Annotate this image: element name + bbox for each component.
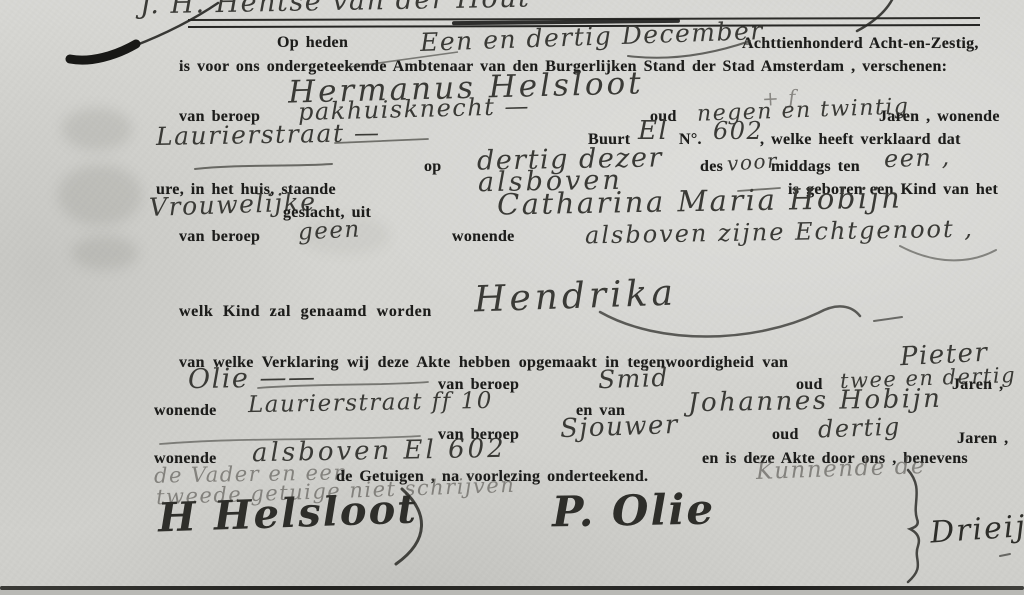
printed-op: op	[424, 158, 442, 176]
printed-jaren-2: Jaren ,	[957, 430, 1008, 448]
printed-wonende-1: wonende	[452, 228, 515, 246]
hand-birth-hour: een ,	[884, 143, 952, 173]
printed-no-label: N°.	[679, 131, 702, 149]
printed-jaren-wonende: Jaren , wonende	[879, 108, 1000, 126]
birth-act-scan: J. H. Hentse van der Hout Op heden Een e…	[0, 0, 1024, 595]
signature-official: Drieijen .	[929, 504, 1024, 550]
hand-witness2-beroep: Sjouwer	[560, 410, 680, 444]
hand-buurt-code: El	[638, 116, 668, 146]
printed-year: Achttienhonderd Acht-en-Zestig,	[742, 35, 979, 53]
signature-witness-olie: P. Olie	[552, 485, 716, 537]
hand-kunnende: Kunnende de	[756, 453, 927, 485]
hand-mother-beroep: geen	[297, 216, 361, 245]
bleedthrough-smudge	[62, 108, 132, 150]
signature-father: H Helsloot	[157, 485, 418, 541]
hand-mother-name: Catharina Maria Hobijn	[497, 180, 903, 221]
bleedthrough-smudge	[72, 236, 138, 270]
hand-child-name: Hendrika	[473, 272, 677, 320]
printed-op-heden: Op heden	[277, 34, 348, 52]
hand-witness1-adres: Laurierstraat ff 10	[248, 388, 493, 418]
printed-jaren-1: Jaren ,	[952, 376, 1003, 394]
printed-wonende-2: wonende	[154, 402, 217, 420]
hand-mother-adres: alsboven zijne Echtgenoot ,	[585, 215, 974, 250]
hand-witness1-last: Olie ——	[188, 362, 317, 395]
printed-des: des	[700, 158, 723, 176]
hand-witness1-beroep: Smid	[598, 363, 670, 394]
hand-house-number: 602	[713, 117, 763, 145]
printed-middags-ten: middags ten	[771, 158, 860, 176]
bleedthrough-smudge	[58, 165, 142, 225]
printed-van-beroep-2: van beroep	[179, 228, 260, 246]
printed-oud-3: oud	[772, 426, 799, 444]
hand-witness2-age: dertig	[818, 413, 902, 444]
page-edge-strip	[0, 590, 1024, 595]
printed-child-label: welk Kind zal genaamd worden	[179, 303, 432, 321]
hand-witness2-name: Johannes Hobijn	[688, 384, 943, 418]
hand-declarant-street: Laurierstraat —	[156, 118, 381, 151]
